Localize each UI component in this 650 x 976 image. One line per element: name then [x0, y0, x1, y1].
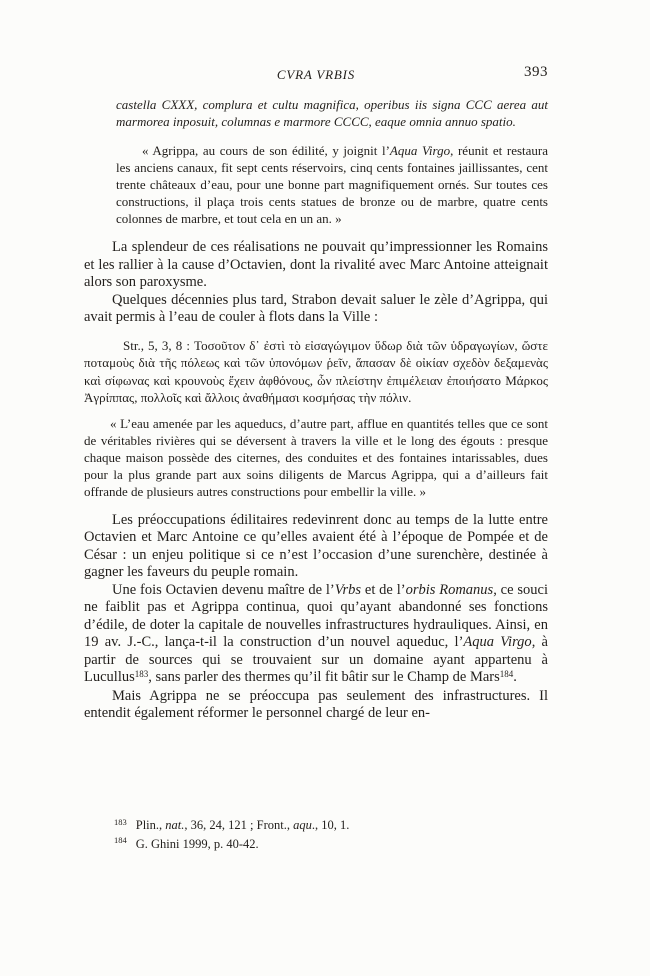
footnote-text: G. Ghini 1999, p. 40-42. — [136, 837, 259, 851]
footnote-text: Plin., nat., 36, 24, 121 ; Front., aqu.,… — [136, 818, 350, 832]
book-page: CVRA VRBIS 393 castella CXXX, complura e… — [0, 0, 650, 976]
footnote-number: 184 — [114, 835, 127, 845]
running-title: CVRA VRBIS — [277, 67, 355, 82]
french-translation-strabo: « L’eau amenée par les aqueducs, d’autre… — [84, 415, 548, 500]
french-translation-pliny: « Agrippa, au cours de son édilité, y jo… — [116, 142, 548, 227]
footnotes: 183Plin., nat., 36, 24, 121 ; Front., aq… — [114, 817, 548, 854]
page-header: CVRA VRBIS 393 — [84, 66, 548, 84]
page-number: 393 — [524, 64, 548, 81]
page-body: castella CXXX, complura et cultu magnifi… — [84, 84, 548, 723]
paragraph-une-fois-octavien: Une fois Octavien devenu maître de l’Vrb… — [84, 582, 548, 688]
paragraph-strabon-intro: Quelques décennies plus tard, Strabon de… — [84, 292, 548, 327]
paragraph-splendeur: La splendeur de ces réalisations ne pouv… — [84, 239, 548, 292]
paragraph-preoccupations: Les préoccupations édilitaires redevinre… — [84, 512, 548, 582]
greek-quote-strabo: Str., 5, 3, 8 : Τοσοῦτον δ᾽ ἐστὶ τὸ εἰσα… — [84, 337, 548, 407]
latin-quote: castella CXXX, complura et cultu magnifi… — [116, 96, 548, 130]
footnote-183: 183Plin., nat., 36, 24, 121 ; Front., aq… — [114, 817, 548, 836]
footnote-184: 184G. Ghini 1999, p. 40-42. — [114, 836, 548, 855]
footnote-number: 183 — [114, 817, 127, 827]
paragraph-mais-agrippa: Mais Agrippa ne se préoccupa pas seuleme… — [84, 688, 548, 723]
